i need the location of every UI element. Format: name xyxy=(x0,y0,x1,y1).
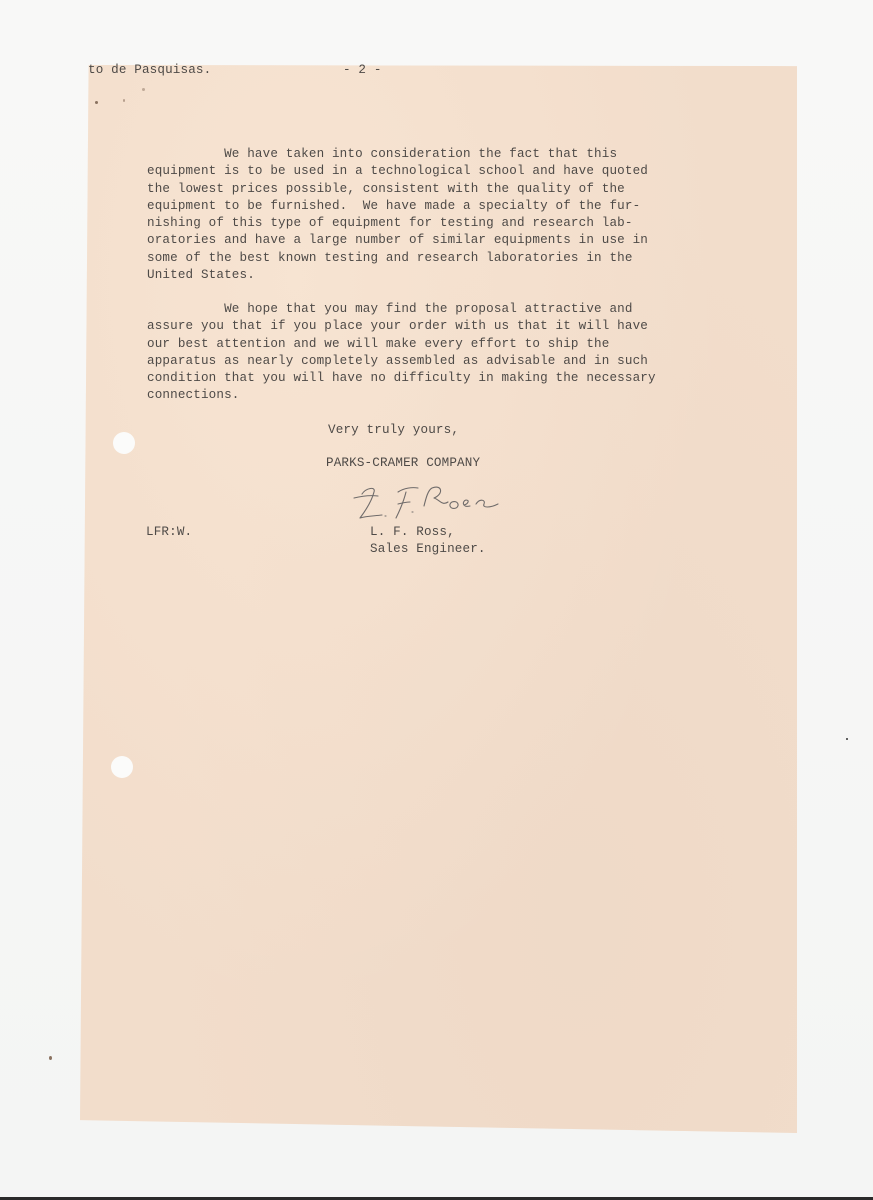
text-line: equipment is to be used in a technologic… xyxy=(147,163,747,180)
text-line: nishing of this type of equipment for te… xyxy=(147,215,747,232)
signature-icon xyxy=(352,480,512,526)
reference-initials: LFR:W. xyxy=(146,524,192,541)
text-line: connections. xyxy=(147,387,747,404)
text-line: United States. xyxy=(147,267,747,284)
company-name: PARKS-CRAMER COMPANY xyxy=(326,455,480,472)
text-line: condition that you will have no difficul… xyxy=(147,370,747,387)
paper-speck xyxy=(95,101,98,104)
handwritten-signature xyxy=(352,480,512,526)
text-line: some of the best known testing and resea… xyxy=(147,250,747,267)
text-line: We have taken into consideration the fac… xyxy=(147,146,747,163)
text-line: the lowest prices possible, consistent w… xyxy=(147,181,747,198)
text-line: We hope that you may find the proposal a… xyxy=(147,301,747,318)
complimentary-close: Very truly yours, xyxy=(328,422,459,439)
body-paragraph-1: We have taken into consideration the fac… xyxy=(147,146,747,284)
text-line: equipment to be furnished. We have made … xyxy=(147,198,747,215)
paper-speck xyxy=(49,1056,52,1060)
signer-title: Sales Engineer. xyxy=(370,541,486,558)
paper-speck xyxy=(123,99,125,102)
text-line: apparatus as nearly completely assembled… xyxy=(147,353,747,370)
punch-hole-top xyxy=(113,432,135,454)
paper-speck xyxy=(142,88,145,91)
body-paragraph-2: We hope that you may find the proposal a… xyxy=(147,301,747,405)
text-line: assure you that if you place your order … xyxy=(147,318,747,335)
page-number: - 2 - xyxy=(343,62,382,79)
paper-speck xyxy=(846,738,848,740)
running-head: to de Pasquisas. xyxy=(88,62,211,79)
punch-hole-bottom xyxy=(111,756,133,778)
signer-name: L. F. Ross, xyxy=(370,524,455,541)
text-line: our best attention and we will make ever… xyxy=(147,336,747,353)
text-line: oratories and have a large number of sim… xyxy=(147,232,747,249)
